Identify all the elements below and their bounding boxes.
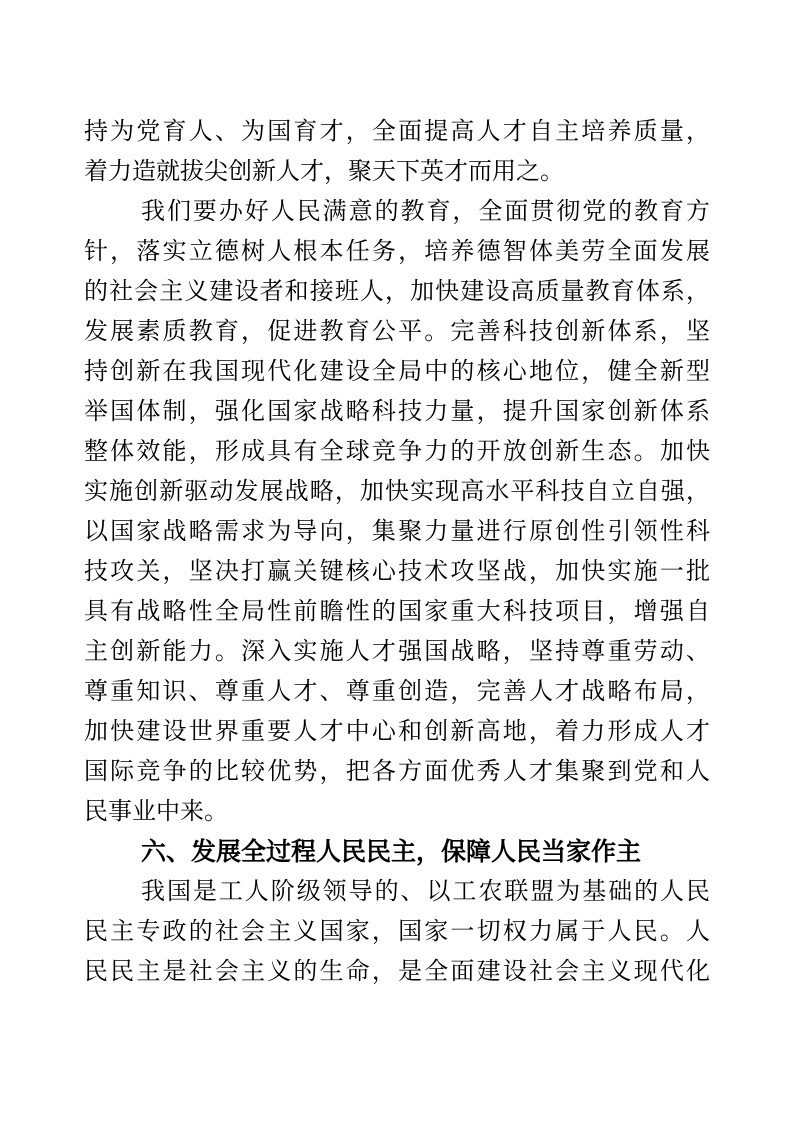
paragraph: 我们要办好人民满意的教育，全面贯彻党的教育方针，落实立德树人根本任务，培养德智体…: [84, 192, 710, 832]
text-line: 的社会主义建设者和接班人，加快建设高质量教育体系，: [84, 272, 710, 312]
text-line: 尊重知识、尊重人才、尊重创造，完善人才战略布局，: [84, 672, 710, 712]
text-line: 以国家战略需求为导向，集聚力量进行原创性引领性科: [84, 512, 710, 552]
text-line: 技攻关，坚决打赢关键核心技术攻坚战，加快实施一批: [84, 552, 710, 592]
text-line: 着力造就拔尖创新人才，聚天下英才而用之。: [84, 152, 710, 192]
text-line: 主创新能力。深入实施人才强国战略，坚持尊重劳动、: [84, 632, 710, 672]
text-line: 发展素质教育，促进教育公平。完善科技创新体系，坚: [84, 312, 710, 352]
heading-line: 六、发展全过程人民民主，保障人民当家作主: [84, 832, 710, 872]
text-line: 举国体制，强化国家战略科技力量，提升国家创新体系: [84, 392, 710, 432]
text-line: 针，落实立德树人根本任务，培养德智体美劳全面发展: [84, 232, 710, 272]
text-line: 具有战略性全局性前瞻性的国家重大科技项目，增强自: [84, 592, 710, 632]
text-line: 整体效能，形成具有全球竞争力的开放创新生态。加快: [84, 432, 710, 472]
text-line: 民民主是社会主义的生命，是全面建设社会主义现代化: [84, 952, 710, 992]
document-page: 持为党育人、为国育才，全面提高人才自主培养质量，着力造就拔尖创新人才，聚天下英才…: [0, 0, 793, 1122]
text-line: 加快建设世界重要人才中心和创新高地，着力形成人才: [84, 712, 710, 752]
text-line: 持为党育人、为国育才，全面提高人才自主培养质量，: [84, 112, 710, 152]
text-content: 持为党育人、为国育才，全面提高人才自主培养质量，着力造就拔尖创新人才，聚天下英才…: [84, 112, 710, 992]
text-line: 实施创新驱动发展战略，加快实现高水平科技自立自强，: [84, 472, 710, 512]
paragraph: 我国是工人阶级领导的、以工农联盟为基础的人民民主专政的社会主义国家，国家一切权力…: [84, 872, 710, 992]
text-line: 我们要办好人民满意的教育，全面贯彻党的教育方: [84, 192, 710, 232]
section-heading: 六、发展全过程人民民主，保障人民当家作主: [84, 832, 710, 872]
text-line: 我国是工人阶级领导的、以工农联盟为基础的人民: [84, 872, 710, 912]
text-line: 民主专政的社会主义国家，国家一切权力属于人民。人: [84, 912, 710, 952]
text-line: 民事业中来。: [84, 792, 710, 832]
text-line: 国际竞争的比较优势，把各方面优秀人才集聚到党和人: [84, 752, 710, 792]
text-line: 持创新在我国现代化建设全局中的核心地位，健全新型: [84, 352, 710, 392]
paragraph: 持为党育人、为国育才，全面提高人才自主培养质量，着力造就拔尖创新人才，聚天下英才…: [84, 112, 710, 192]
